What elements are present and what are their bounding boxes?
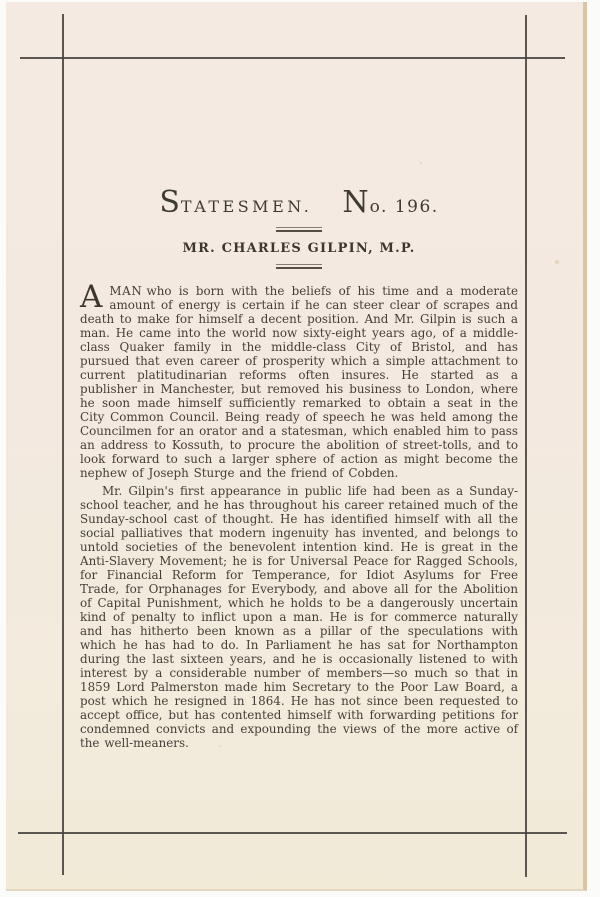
scanned-document-page: STATESMEN. No. 196. MR. CHARLES GILPIN, …: [0, 0, 600, 897]
frame-rule-left: [62, 14, 64, 875]
paragraph-1: AMANwho is born with the beliefs of his …: [80, 284, 518, 480]
issue-initial-letter: N: [342, 185, 369, 220]
paragraph-1-lead-word: MAN: [109, 284, 142, 298]
issue-number-text: o. 196.: [370, 197, 439, 217]
series-heading-text: TATESMEN.: [181, 197, 312, 216]
paragraph-1-text: who is born with the beliefs of his time…: [80, 284, 518, 480]
masthead: STATESMEN. No. 196.: [80, 188, 518, 218]
series-heading: STATESMEN.: [159, 188, 312, 218]
ornamental-rule-upper: [276, 227, 322, 232]
paragraph-2: Mr. Gilpin's first appearance in public …: [80, 484, 518, 750]
frame-rule-bottom: [18, 832, 567, 834]
article-title: MR. CHARLES GILPIN, M.P.: [80, 241, 518, 256]
article-body: AMANwho is born with the beliefs of his …: [80, 284, 518, 750]
ornamental-rule-lower: [276, 264, 322, 269]
issue-number: No. 196.: [342, 188, 438, 218]
frame-rule-right: [525, 15, 527, 877]
drop-cap: A: [80, 284, 109, 310]
letterpress-content: STATESMEN. No. 196. MR. CHARLES GILPIN, …: [80, 2, 518, 750]
series-initial-letter: S: [159, 185, 181, 220]
paper-sheet: STATESMEN. No. 196. MR. CHARLES GILPIN, …: [6, 2, 587, 891]
